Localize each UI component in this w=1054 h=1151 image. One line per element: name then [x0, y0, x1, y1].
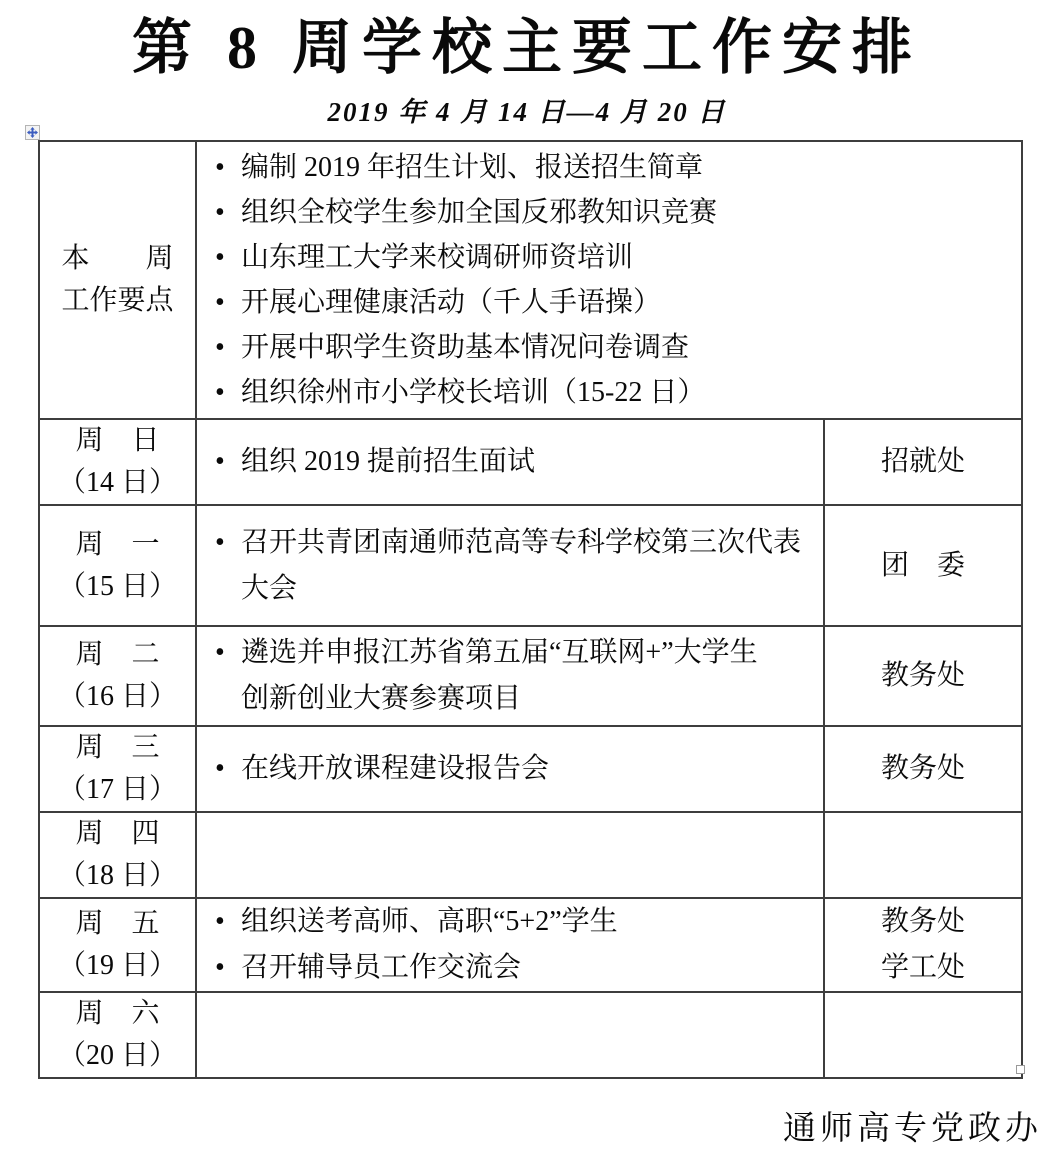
- week-summary-label-line1: 本 周: [40, 238, 195, 280]
- table-move-handle-icon[interactable]: [25, 125, 40, 140]
- table-row-monday: 周 一 （15 日） 召开共青团南通师范高等专科学校第三次代表 大会 团 委: [39, 505, 1022, 626]
- day-content-cell: 组织 2019 提前招生面试: [196, 419, 824, 505]
- department-cell: 教务处: [824, 726, 1022, 812]
- table-row-wednesday: 周 三 （17 日） 在线开放课程建设报告会 教务处: [39, 726, 1022, 812]
- table-resize-handle-icon[interactable]: [1016, 1065, 1025, 1074]
- day-content-cell: 召开共青团南通师范高等专科学校第三次代表 大会: [196, 505, 824, 626]
- footer-signature: 通师高专党政办: [783, 1102, 1042, 1149]
- day-content-cell: 组织送考高师、高职“5+2”学生 召开辅导员工作交流会: [196, 898, 824, 992]
- day-label-cell: 周 三 （17 日）: [39, 726, 196, 812]
- day-date: （18 日）: [40, 855, 195, 897]
- day-date: （17 日）: [40, 769, 195, 811]
- department-cell: 教务处: [824, 626, 1022, 726]
- department-cell: 招就处: [824, 419, 1022, 505]
- day-label-cell: 周 六 （20 日）: [39, 992, 196, 1078]
- day-name: 周 一: [40, 524, 195, 566]
- day-label-cell: 周 一 （15 日）: [39, 505, 196, 626]
- work-item: 山东理工大学来校调研师资培训: [197, 235, 1021, 280]
- work-item: 组织 2019 提前招生面试: [197, 439, 823, 485]
- department-cell: [824, 812, 1022, 898]
- day-content-cell: 遴选并申报江苏省第五届“互联网+”大学生 创新创业大赛参赛项目: [196, 626, 824, 726]
- department-name: 招就处: [825, 439, 1021, 485]
- day-name: 周 二: [40, 634, 195, 676]
- work-item: 遴选并申报江苏省第五届“互联网+”大学生 创新创业大赛参赛项目: [197, 630, 823, 722]
- department-name: 教务处: [825, 746, 1021, 792]
- day-name: 周 日: [40, 420, 195, 462]
- department-name: 学工处: [825, 945, 1021, 991]
- day-label-cell: 周 五 （19 日）: [39, 898, 196, 992]
- week-summary-label-line2: 工作要点: [40, 280, 195, 322]
- schedule-table-wrap: 本 周 工作要点 编制 2019 年招生计划、报送招生简章 组织全校学生参加全国…: [38, 140, 1023, 1079]
- work-item: 开展心理健康活动（千人手语操）: [197, 280, 1021, 325]
- department-cell: [824, 992, 1022, 1078]
- day-name: 周 三: [40, 727, 195, 769]
- work-item: 召开共青团南通师范高等专科学校第三次代表 大会: [197, 520, 823, 612]
- day-label-cell: 周 四 （18 日）: [39, 812, 196, 898]
- work-item: 在线开放课程建设报告会: [197, 746, 823, 792]
- day-content-cell: 在线开放课程建设报告会: [196, 726, 824, 812]
- day-label-cell: 周 二 （16 日）: [39, 626, 196, 726]
- day-name: 周 五: [40, 903, 195, 945]
- week-summary-content-cell: 编制 2019 年招生计划、报送招生简章 组织全校学生参加全国反邪教知识竞赛 山…: [196, 141, 1022, 419]
- day-content-cell: [196, 992, 824, 1078]
- move-cross-glyph: [27, 127, 38, 138]
- table-row-week-summary: 本 周 工作要点 编制 2019 年招生计划、报送招生简章 组织全校学生参加全国…: [39, 141, 1022, 419]
- work-item: 组织徐州市小学校长培训（15-22 日）: [197, 370, 1021, 415]
- day-label-cell: 周 日 （14 日）: [39, 419, 196, 505]
- department-name: 团 委: [825, 543, 1021, 589]
- date-range-subtitle: 2019 年 4 月 14 日—4 月 20 日: [0, 90, 1054, 129]
- page-title: 第 8 周学校主要工作安排: [0, 0, 1054, 86]
- work-item: 召开辅导员工作交流会: [197, 945, 823, 991]
- week-summary-label-cell: 本 周 工作要点: [39, 141, 196, 419]
- day-date: （16 日）: [40, 676, 195, 718]
- department-cell: 团 委: [824, 505, 1022, 626]
- work-item: 开展中职学生资助基本情况问卷调查: [197, 325, 1021, 370]
- day-date: （20 日）: [40, 1035, 195, 1077]
- schedule-table: 本 周 工作要点 编制 2019 年招生计划、报送招生简章 组织全校学生参加全国…: [38, 140, 1023, 1079]
- department-name: 教务处: [825, 653, 1021, 699]
- day-date: （15 日）: [40, 566, 195, 608]
- day-name: 周 六: [40, 993, 195, 1035]
- department-name: 教务处: [825, 899, 1021, 945]
- work-item: 编制 2019 年招生计划、报送招生简章: [197, 145, 1021, 190]
- table-row-saturday: 周 六 （20 日）: [39, 992, 1022, 1078]
- department-cell: 教务处 学工处: [824, 898, 1022, 992]
- work-item: 组织全校学生参加全国反邪教知识竞赛: [197, 190, 1021, 235]
- table-row-friday: 周 五 （19 日） 组织送考高师、高职“5+2”学生 召开辅导员工作交流会 教…: [39, 898, 1022, 992]
- table-row-thursday: 周 四 （18 日）: [39, 812, 1022, 898]
- day-content-cell: [196, 812, 824, 898]
- document-page: { "page": { "title": "第 8 周学校主要工作安排", "d…: [0, 0, 1054, 1151]
- day-name: 周 四: [40, 813, 195, 855]
- day-date: （14 日）: [40, 462, 195, 504]
- work-item: 组织送考高师、高职“5+2”学生: [197, 899, 823, 945]
- table-row-sunday: 周 日 （14 日） 组织 2019 提前招生面试 招就处: [39, 419, 1022, 505]
- day-date: （19 日）: [40, 945, 195, 987]
- table-row-tuesday: 周 二 （16 日） 遴选并申报江苏省第五届“互联网+”大学生 创新创业大赛参赛…: [39, 626, 1022, 726]
